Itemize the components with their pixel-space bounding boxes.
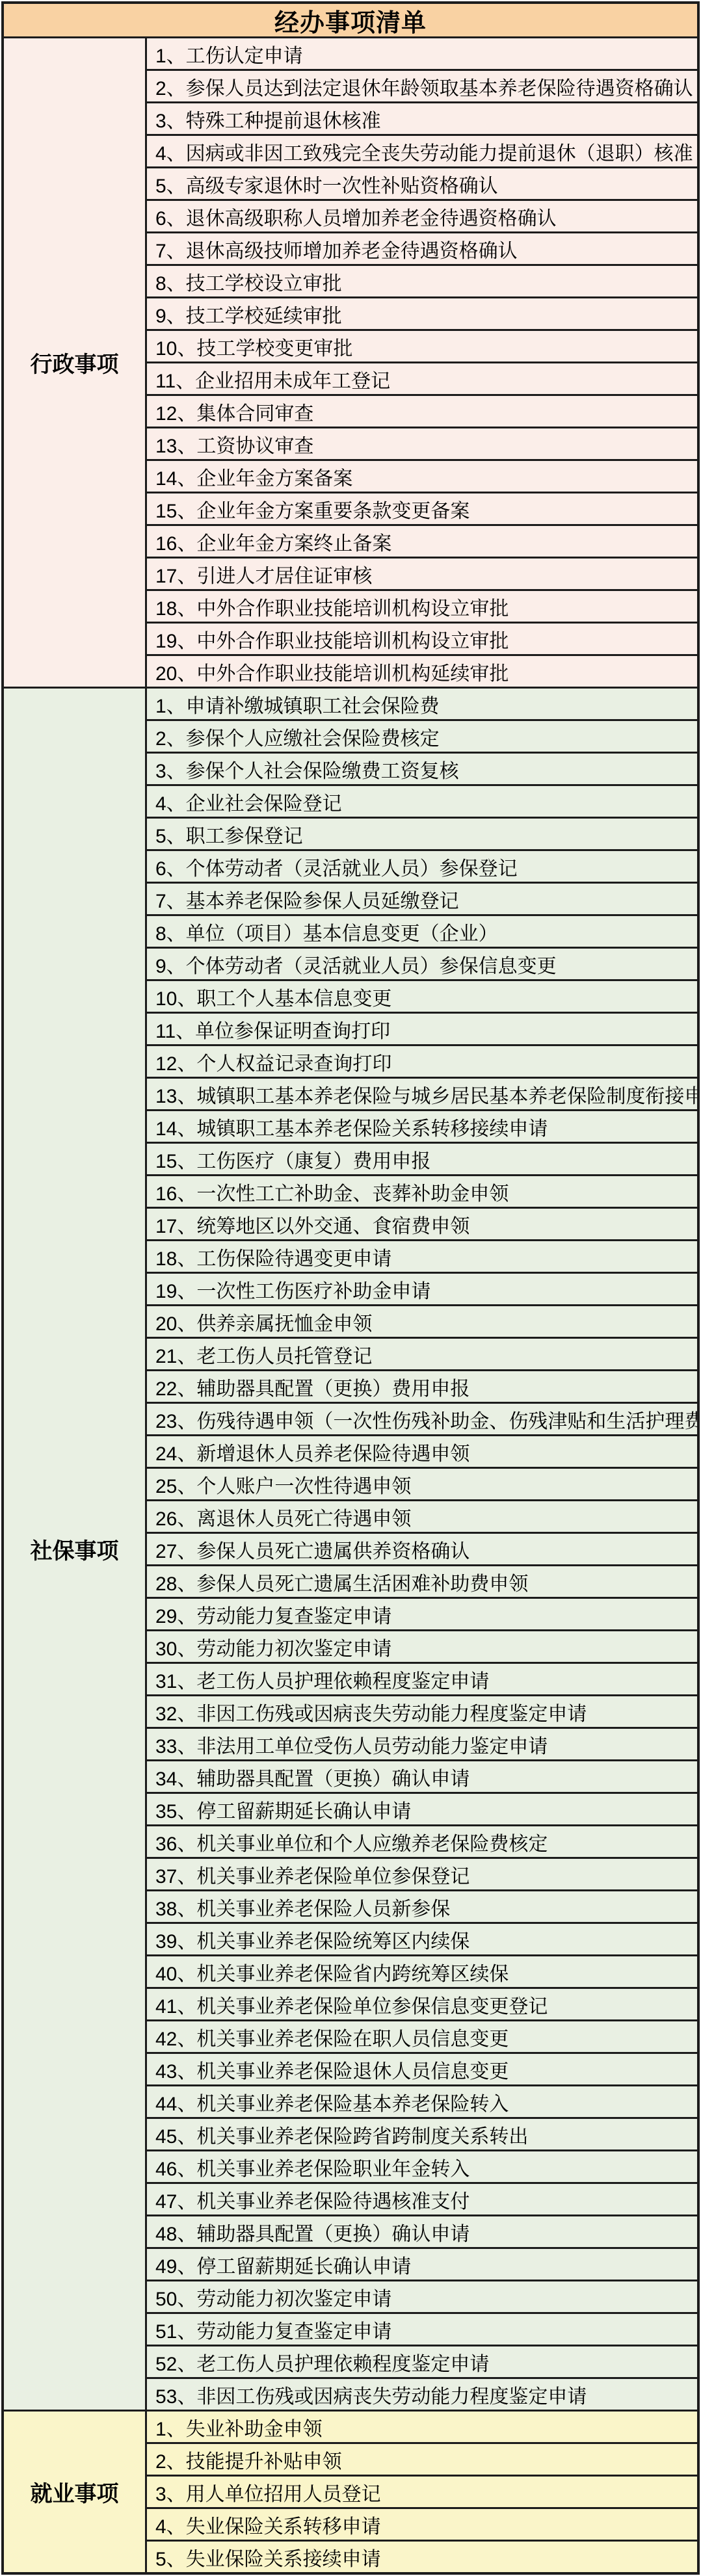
item-text: 47、机关事业养老保险待遇核准支付: [155, 2185, 470, 2214]
list-item: 28、参保人员死亡遗属生活困难补助费申领: [147, 1566, 697, 1599]
item-text: 9、个体劳动者（灵活就业人员）参保信息变更: [155, 950, 557, 979]
item-text: 6、个体劳动者（灵活就业人员）参保登记: [155, 852, 518, 881]
list-item: 40、机关事业养老保险省内跨统筹区续保: [147, 1956, 697, 1989]
list-item: 24、新增退休人员养老保险待遇申领: [147, 1436, 697, 1469]
list-item: 49、停工留薪期延长确认申请: [147, 2249, 697, 2281]
item-text: 39、机关事业养老保险统筹区内续保: [155, 1925, 470, 1954]
item-text: 27、参保人员死亡遗属供养资格确认: [155, 1535, 470, 1564]
list-item: 1、工伤认定申请: [147, 38, 697, 71]
table-header: 经办事项清单: [4, 4, 697, 38]
item-text: 11、企业招用未成年工登记: [155, 365, 390, 393]
list-item: 11、单位参保证明查询打印: [147, 1014, 697, 1046]
list-item: 32、非因工伤残或因病丧失劳动能力程度鉴定申请: [147, 1696, 697, 1729]
item-text: 17、统筹地区以外交通、食宿费申领: [155, 1210, 470, 1239]
sections: 行政事项 1、工伤认定申请 2、参保人员达到法定退休年龄领取基本养老保险待遇资格…: [4, 38, 697, 2572]
list-item: 6、退休高级职称人员增加养老金待遇资格确认: [147, 201, 697, 233]
item-text: 18、工伤保险待遇变更申请: [155, 1242, 391, 1271]
list-item: 4、失业保险关系转移申请: [147, 2509, 697, 2542]
category-cell: 行政事项: [4, 38, 147, 687]
list-item: 12、集体合同审查: [147, 396, 697, 428]
list-item: 29、劳动能力复查鉴定申请: [147, 1599, 697, 1631]
item-text: 8、技工学校设立审批: [155, 267, 342, 296]
list-item: 3、用人单位招用人员登记: [147, 2477, 697, 2509]
list-item: 37、机关事业养老保险单位参保登记: [147, 1859, 697, 1891]
list-item: 19、一次性工伤医疗补助金申请: [147, 1274, 697, 1306]
category-label: 社保事项: [31, 1533, 119, 1565]
list-item: 17、引进人才居住证审核: [147, 559, 697, 591]
item-text: 2、参保个人应缴社会保险费核定: [155, 722, 440, 751]
list-item: 25、个人账户一次性待遇申领: [147, 1469, 697, 1501]
item-text: 20、供养亲属抚恤金申领: [155, 1308, 372, 1336]
category-cell: 社保事项: [4, 689, 147, 2410]
item-text: 40、机关事业养老保险省内跨统筹区续保: [155, 1958, 509, 1986]
item-text: 42、机关事业养老保险在职人员信息变更: [155, 2023, 509, 2051]
item-text: 37、机关事业养老保险单位参保登记: [155, 1860, 470, 1889]
item-text: 24、新增退休人员养老保险待遇申领: [155, 1438, 470, 1466]
item-text: 50、劳动能力初次鉴定申请: [155, 2283, 391, 2311]
item-text: 15、工伤医疗（康复）费用申报: [155, 1145, 430, 1174]
item-text: 13、工资协议审查: [155, 430, 313, 458]
item-text: 11、单位参保证明查询打印: [155, 1015, 390, 1044]
list-item: 42、机关事业养老保险在职人员信息变更: [147, 2021, 697, 2054]
section: 就业事项 1、失业补助金申领 2、技能提升补贴申领 3、用人单位招用人员登记 4…: [4, 2410, 697, 2572]
list-item: 19、中外合作职业技能培训机构设立审批: [147, 624, 697, 656]
category-label: 行政事项: [31, 347, 119, 378]
list-item: 34、辅助器具配置（更换）确认申请: [147, 1761, 697, 1794]
list-item: 3、参保个人社会保险缴费工资复核: [147, 754, 697, 786]
item-text: 4、因病或非因工致残完全丧失劳动能力提前退休（退职）核准: [155, 137, 693, 166]
item-text: 45、机关事业养老保险跨省跨制度关系转出: [155, 2120, 528, 2149]
list-item: 16、企业年金方案终止备案: [147, 526, 697, 559]
item-text: 4、企业社会保险登记: [155, 787, 342, 816]
list-item: 14、城镇职工基本养老保险关系转移接续申请: [147, 1111, 697, 1144]
list-item: 16、一次性工亡补助金、丧葬补助金申领: [147, 1176, 697, 1209]
list-item: 3、特殊工种提前退休核准: [147, 103, 697, 136]
list-item: 18、工伤保险待遇变更申请: [147, 1241, 697, 1274]
item-text: 5、职工参保登记: [155, 820, 303, 848]
item-text: 1、失业补助金申领: [155, 2413, 323, 2441]
item-text: 28、参保人员死亡遗属生活困难补助费申领: [155, 1568, 528, 1596]
item-text: 16、一次性工亡补助金、丧葬补助金申领: [155, 1177, 509, 1206]
list-item: 44、机关事业养老保险基本养老保险转入: [147, 2086, 697, 2119]
item-text: 44、机关事业养老保险基本养老保险转入: [155, 2088, 509, 2116]
item-text: 7、基本养老保险参保人员延缴登记: [155, 885, 459, 913]
list-item: 1、失业补助金申领: [147, 2412, 697, 2444]
item-text: 13、城镇职工基本养老保险与城乡居民基本养老保险制度衔接申请: [155, 1080, 697, 1109]
section: 行政事项 1、工伤认定申请 2、参保人员达到法定退休年龄领取基本养老保险待遇资格…: [4, 38, 697, 687]
item-list: 1、申请补缴城镇职工社会保险费 2、参保个人应缴社会保险费核定 3、参保个人社会…: [147, 689, 697, 2410]
item-text: 10、技工学校变更审批: [155, 332, 352, 361]
item-text: 8、单位（项目）基本信息变更（企业）: [155, 917, 498, 946]
item-text: 3、用人单位招用人员登记: [155, 2478, 381, 2506]
list-item: 5、高级专家退休时一次性补贴资格确认: [147, 168, 697, 201]
list-item: 45、机关事业养老保险跨省跨制度关系转出: [147, 2119, 697, 2151]
item-text: 30、劳动能力初次鉴定申请: [155, 1633, 391, 1661]
item-text: 14、城镇职工基本养老保险关系转移接续申请: [155, 1112, 548, 1141]
item-text: 2、参保人员达到法定退休年龄领取基本养老保险待遇资格确认: [155, 72, 693, 101]
list-item: 7、退休高级技师增加养老金待遇资格确认: [147, 233, 697, 266]
item-text: 19、一次性工伤医疗补助金申请: [155, 1275, 430, 1304]
list-item: 43、机关事业养老保险退休人员信息变更: [147, 2054, 697, 2086]
list-item: 12、个人权益记录查询打印: [147, 1046, 697, 1079]
list-item: 2、技能提升补贴申领: [147, 2444, 697, 2477]
item-text: 25、个人账户一次性待遇申领: [155, 1470, 411, 1499]
item-text: 9、技工学校延续审批: [155, 300, 342, 328]
list-item: 5、失业保险关系接续申请: [147, 2542, 697, 2572]
category-label: 就业事项: [31, 2476, 119, 2508]
list-item: 31、老工伤人员护理依赖程度鉴定申请: [147, 1664, 697, 1696]
list-item: 51、劳动能力复查鉴定申请: [147, 2314, 697, 2346]
item-list: 1、工伤认定申请 2、参保人员达到法定退休年龄领取基本养老保险待遇资格确认 3、…: [147, 38, 697, 687]
list-item: 48、辅助器具配置（更换）确认申请: [147, 2216, 697, 2249]
list-item: 5、职工参保登记: [147, 819, 697, 851]
item-text: 18、中外合作职业技能培训机构设立审批: [155, 592, 509, 621]
list-item: 1、申请补缴城镇职工社会保险费: [147, 689, 697, 721]
list-item: 33、非法用工单位受伤人员劳动能力鉴定申请: [147, 1729, 697, 1761]
list-item: 26、离退休人员死亡待遇申领: [147, 1501, 697, 1534]
item-text: 19、中外合作职业技能培训机构设立审批: [155, 625, 509, 653]
item-text: 34、辅助器具配置（更换）确认申请: [155, 1763, 470, 1791]
list-item: 46、机关事业养老保险职业年金转入: [147, 2151, 697, 2184]
list-item: 2、参保人员达到法定退休年龄领取基本养老保险待遇资格确认: [147, 71, 697, 103]
list-item: 15、工伤医疗（康复）费用申报: [147, 1144, 697, 1176]
item-text: 4、失业保险关系转移申请: [155, 2510, 381, 2539]
item-text: 29、劳动能力复查鉴定申请: [155, 1600, 391, 1629]
list-item: 50、劳动能力初次鉴定申请: [147, 2281, 697, 2314]
list-item: 22、辅助器具配置（更换）费用申报: [147, 1371, 697, 1404]
list-item: 4、因病或非因工致残完全丧失劳动能力提前退休（退职）核准: [147, 136, 697, 168]
item-text: 33、非法用工单位受伤人员劳动能力鉴定申请: [155, 1730, 548, 1759]
list-item: 17、统筹地区以外交通、食宿费申领: [147, 1209, 697, 1241]
item-text: 38、机关事业养老保险人员新参保: [155, 1893, 450, 1921]
item-text: 3、参保个人社会保险缴费工资复核: [155, 755, 459, 783]
item-text: 49、停工留薪期延长确认申请: [155, 2250, 411, 2279]
list-item: 15、企业年金方案重要条款变更备案: [147, 493, 697, 526]
category-cell: 就业事项: [4, 2412, 147, 2572]
item-text: 22、辅助器具配置（更换）费用申报: [155, 1373, 470, 1401]
item-text: 1、申请补缴城镇职工社会保险费: [155, 690, 440, 718]
list-item: 47、机关事业养老保险待遇核准支付: [147, 2184, 697, 2216]
item-text: 51、劳动能力复查鉴定申请: [155, 2315, 391, 2344]
item-text: 14、企业年金方案备案: [155, 462, 352, 491]
item-text: 5、高级专家退休时一次性补贴资格确认: [155, 170, 498, 198]
list-item: 20、中外合作职业技能培训机构延续审批: [147, 656, 697, 687]
item-text: 46、机关事业养老保险职业年金转入: [155, 2153, 470, 2181]
item-text: 1、工伤认定申请: [155, 40, 303, 68]
list-item: 6、个体劳动者（灵活就业人员）参保登记: [147, 851, 697, 884]
item-text: 32、非因工伤残或因病丧失劳动能力程度鉴定申请: [155, 1698, 587, 1726]
list-item: 9、个体劳动者（灵活就业人员）参保信息变更: [147, 949, 697, 981]
list-item: 13、工资协议审查: [147, 428, 697, 461]
item-text: 15、企业年金方案重要条款变更备案: [155, 495, 470, 523]
list-item: 21、老工伤人员托管登记: [147, 1339, 697, 1371]
list-item: 41、机关事业养老保险单位参保信息变更登记: [147, 1989, 697, 2021]
item-text: 36、机关事业单位和个人应缴养老保险费核定: [155, 1828, 548, 1856]
list-item: 10、技工学校变更审批: [147, 331, 697, 363]
item-text: 48、辅助器具配置（更换）确认申请: [155, 2218, 470, 2246]
list-item: 39、机关事业养老保险统筹区内续保: [147, 1924, 697, 1956]
list-item: 35、停工留薪期延长确认申请: [147, 1794, 697, 1826]
page-title: 经办事项清单: [274, 3, 427, 38]
section: 社保事项 1、申请补缴城镇职工社会保险费 2、参保个人应缴社会保险费核定 3、参…: [4, 687, 697, 2410]
item-text: 12、个人权益记录查询打印: [155, 1047, 391, 1076]
list-item: 30、劳动能力初次鉴定申请: [147, 1631, 697, 1664]
list-item: 18、中外合作职业技能培训机构设立审批: [147, 591, 697, 624]
item-text: 10、职工个人基本信息变更: [155, 982, 391, 1011]
list-item: 9、技工学校延续审批: [147, 298, 697, 331]
list-item: 2、参保个人应缴社会保险费核定: [147, 721, 697, 754]
list-item: 36、机关事业单位和个人应缴养老保险费核定: [147, 1826, 697, 1859]
item-text: 2、技能提升补贴申领: [155, 2445, 342, 2474]
item-text: 35、停工留薪期延长确认申请: [155, 1795, 411, 1824]
item-text: 41、机关事业养老保险单位参保信息变更登记: [155, 1990, 548, 2019]
item-text: 6、退休高级职称人员增加养老金待遇资格确认: [155, 202, 557, 231]
item-text: 26、离退休人员死亡待遇申领: [155, 1503, 411, 1531]
list-item: 8、单位（项目）基本信息变更（企业）: [147, 916, 697, 949]
item-text: 52、老工伤人员护理依赖程度鉴定申请: [155, 2348, 489, 2376]
item-text: 16、企业年金方案终止备案: [155, 527, 391, 556]
task-list-table: 经办事项清单 行政事项 1、工伤认定申请 2、参保人员达到法定退休年龄领取基本养…: [1, 1, 700, 2575]
item-list: 1、失业补助金申领 2、技能提升补贴申领 3、用人单位招用人员登记 4、失业保险…: [147, 2412, 697, 2572]
item-text: 43、机关事业养老保险退休人员信息变更: [155, 2055, 509, 2084]
item-text: 17、引进人才居住证审核: [155, 560, 372, 588]
list-item: 20、供养亲属抚恤金申领: [147, 1306, 697, 1339]
item-text: 20、中外合作职业技能培训机构延续审批: [155, 657, 509, 686]
list-item: 27、参保人员死亡遗属供养资格确认: [147, 1534, 697, 1566]
item-text: 23、伤残待遇申领（一次性伤残补助金、伤残津贴和生活护理费）: [155, 1405, 697, 1434]
list-item: 4、企业社会保险登记: [147, 786, 697, 819]
item-text: 12、集体合同审查: [155, 397, 313, 426]
item-text: 31、老工伤人员护理依赖程度鉴定申请: [155, 1665, 489, 1694]
list-item: 53、非因工伤残或因病丧失劳动能力程度鉴定申请: [147, 2379, 697, 2410]
list-item: 10、职工个人基本信息变更: [147, 981, 697, 1014]
item-text: 7、退休高级技师增加养老金待遇资格确认: [155, 235, 518, 263]
item-text: 5、失业保险关系接续申请: [155, 2543, 381, 2571]
item-text: 21、老工伤人员托管登记: [155, 1340, 372, 1369]
list-item: 52、老工伤人员护理依赖程度鉴定申请: [147, 2346, 697, 2379]
list-item: 11、企业招用未成年工登记: [147, 363, 697, 396]
list-item: 8、技工学校设立审批: [147, 266, 697, 298]
list-item: 38、机关事业养老保险人员新参保: [147, 1891, 697, 1924]
list-item: 13、城镇职工基本养老保险与城乡居民基本养老保险制度衔接申请: [147, 1079, 697, 1111]
list-item: 7、基本养老保险参保人员延缴登记: [147, 884, 697, 916]
item-text: 53、非因工伤残或因病丧失劳动能力程度鉴定申请: [155, 2380, 587, 2409]
item-text: 3、特殊工种提前退休核准: [155, 105, 381, 133]
list-item: 14、企业年金方案备案: [147, 461, 697, 493]
list-item: 23、伤残待遇申领（一次性伤残补助金、伤残津贴和生活护理费）: [147, 1404, 697, 1436]
